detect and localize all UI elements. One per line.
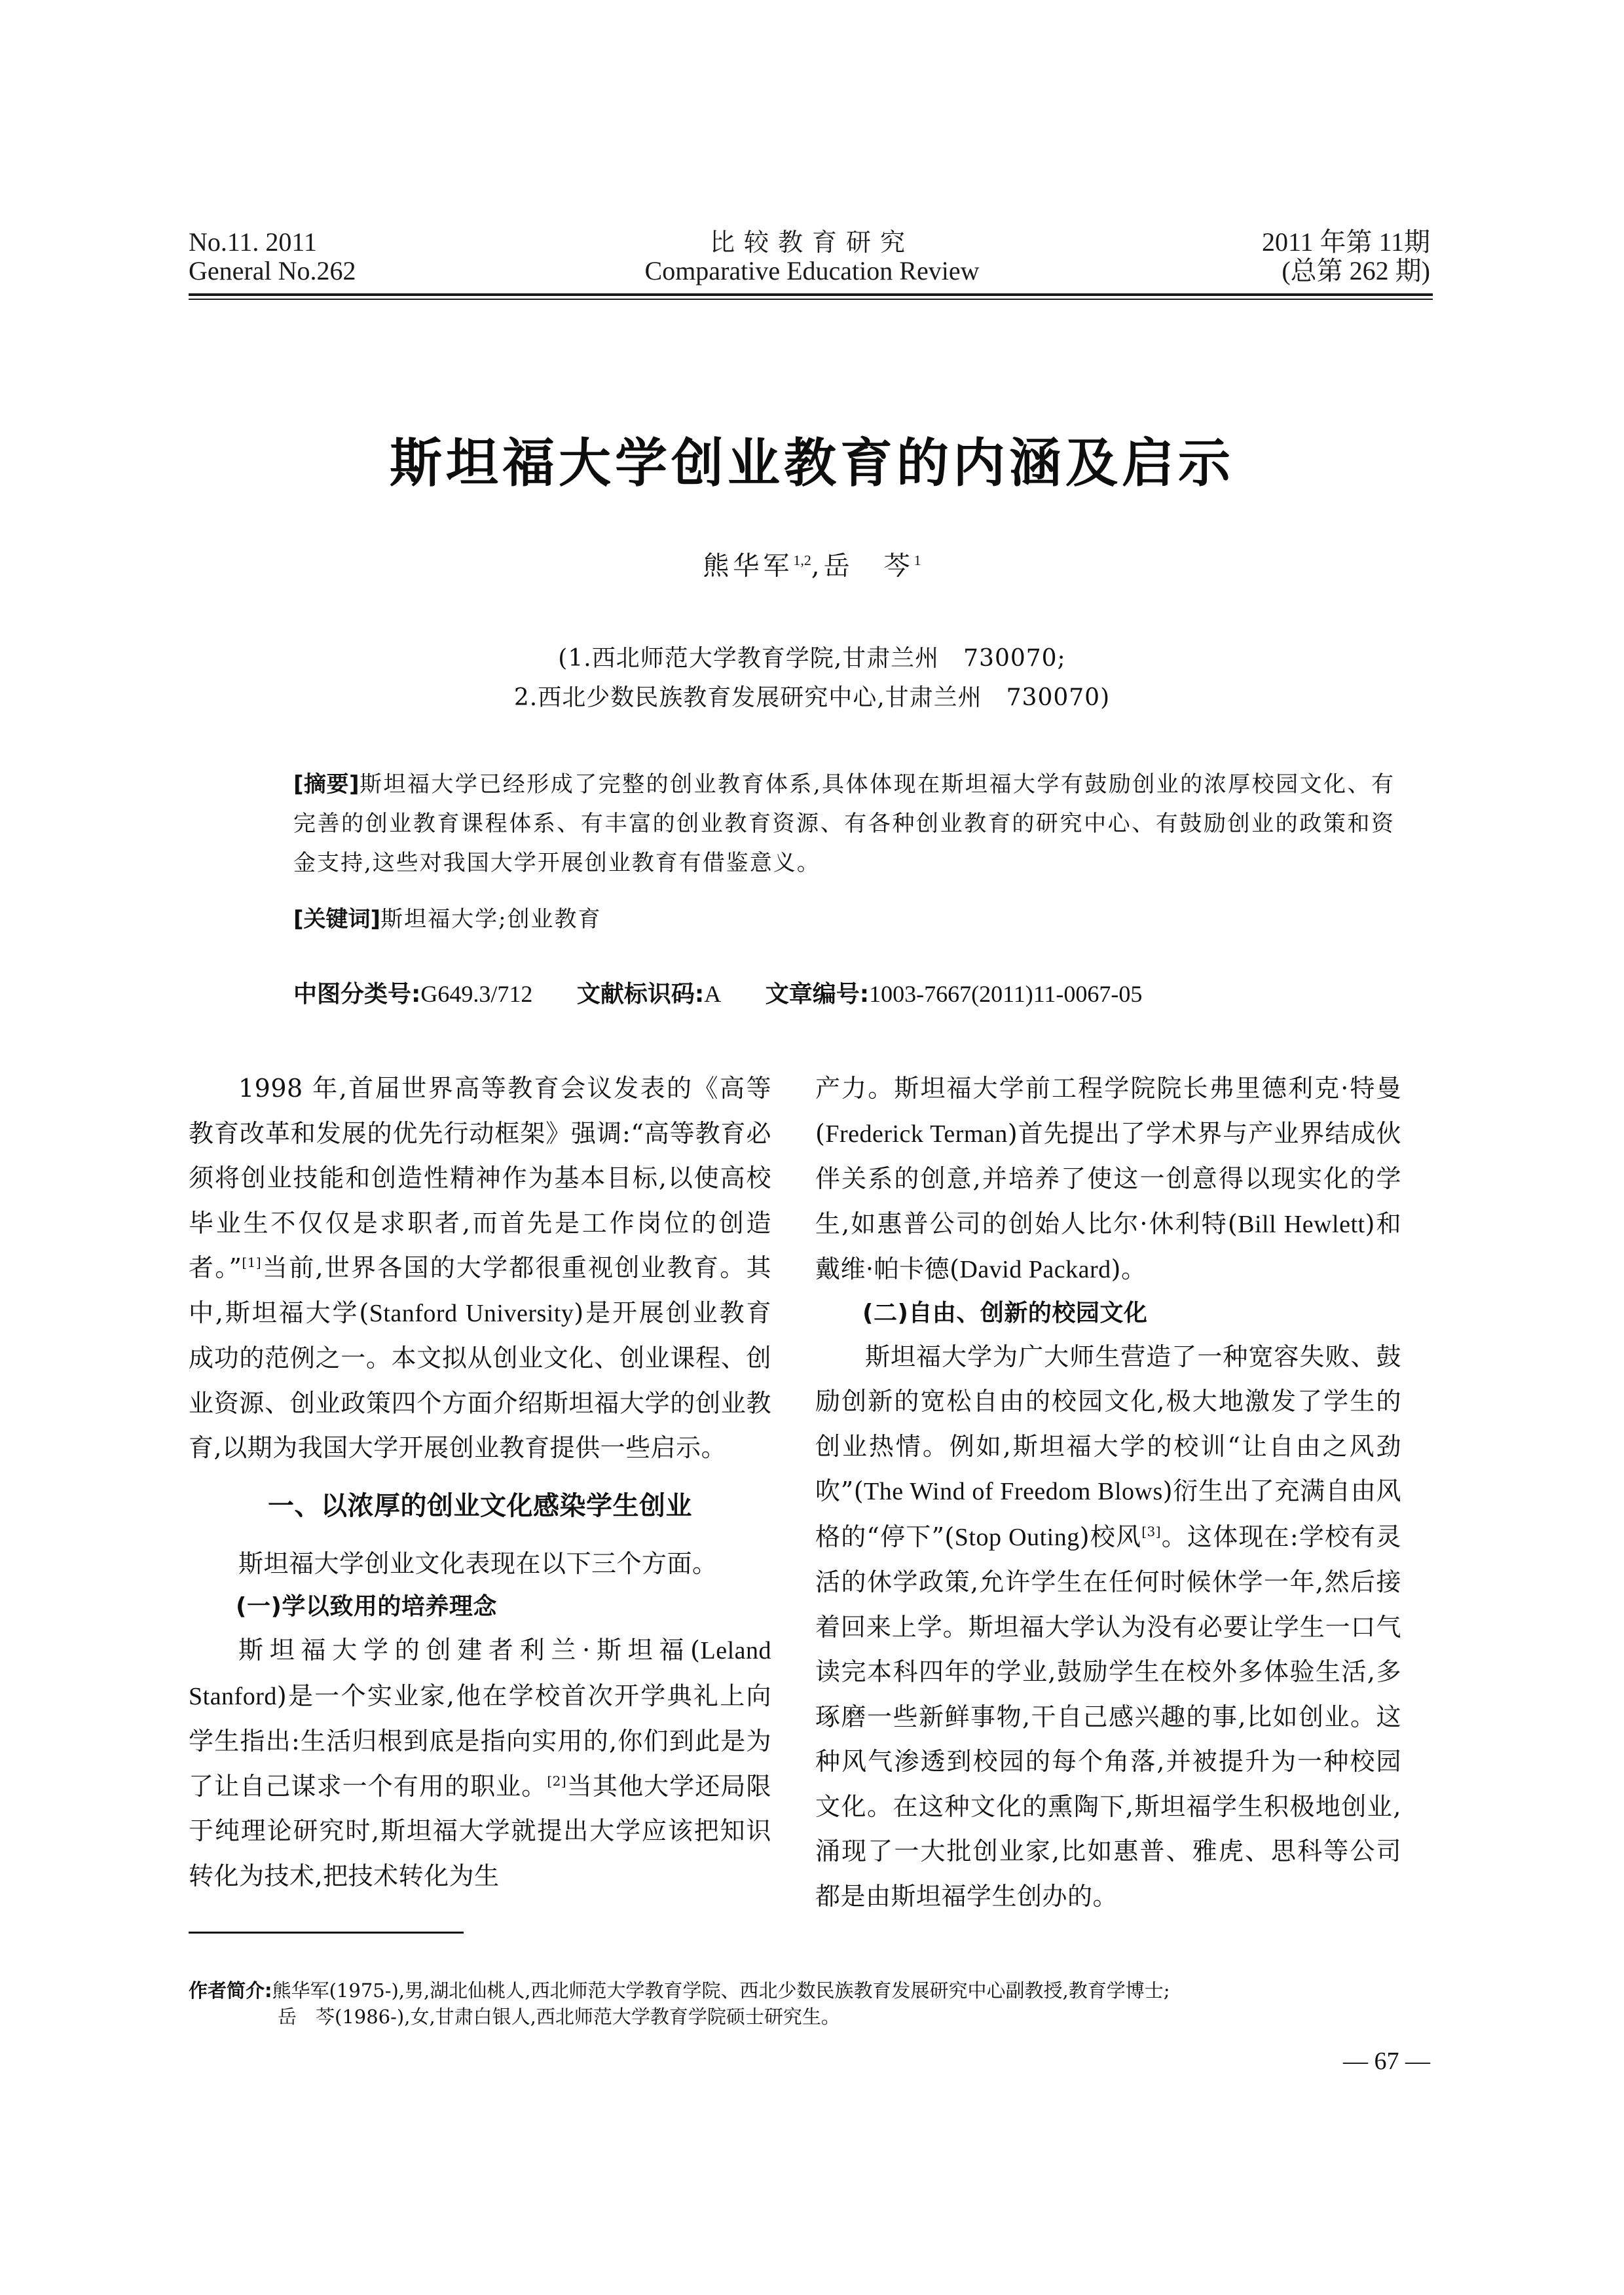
footnote-label: 作者简介:: [189, 1979, 272, 2002]
footnote-line: 岳 芩(1986-),女,甘肃白银人,西北师范大学教育学院硕士研究生。: [189, 2004, 1367, 2030]
author-separator: ,: [811, 551, 824, 581]
affiliation-line: 2.西北少数民族教育发展研究中心,甘肃兰州 730070): [0, 678, 1624, 718]
affiliation-mark: 1,2: [793, 552, 811, 568]
keywords: [关键词]斯坦福大学;创业教育: [293, 900, 1395, 939]
body-column-left: 1998 年,首届世界高等教育会议发表的《高等教育改革和发展的优先行动框架》强调…: [189, 1066, 771, 1898]
abstract: [摘要]斯坦福大学已经形成了完整的创业教育体系,具体体现在斯坦福大学有鼓励创业的…: [293, 765, 1395, 883]
header-rule-thick: [189, 293, 1433, 296]
document-code: 文献标识码:A: [577, 978, 721, 1010]
body-paragraph: 斯坦福大学为广大师生营造了一种宽容失败、鼓励创新的宽松自由的校园文化,极大地激发…: [815, 1334, 1401, 1919]
body-column-right: 产力。斯坦福大学前工程学院院长弗里德利克·特曼(Frederick Terman…: [815, 1066, 1401, 1919]
journal-name-cn: 比较教育研究: [576, 228, 1048, 257]
body-paragraph: 斯坦福大学的创建者利兰·斯坦福(Leland Stanford)是一个实业家,他…: [189, 1628, 771, 1898]
keywords-text: 斯坦福大学;创业教育: [380, 906, 601, 932]
footnote-line: 作者简介:熊华军(1975-),男,湖北仙桃人,西北师范大学教育学院、西北少数民…: [189, 1977, 1367, 2004]
subsection-heading: (一)学以致用的培养理念: [189, 1586, 771, 1628]
running-header-left: No.11. 2011 General No.262: [189, 228, 356, 285]
article-title: 斯坦福大学创业教育的内涵及启示: [0, 432, 1624, 495]
affiliation-mark: 1: [914, 552, 921, 568]
subsection-heading: (二)自由、创新的校园文化: [815, 1293, 1401, 1334]
intro-paragraph: 1998 年,首届世界高等教育会议发表的《高等教育改革和发展的优先行动框架》强调…: [189, 1066, 771, 1471]
affiliation-line: (1.西北师范大学教育学院,甘肃兰州 730070;: [0, 639, 1624, 678]
general-number: General No.262: [189, 257, 356, 285]
author-name: 熊华军: [703, 551, 793, 581]
section-intro-paragraph: 斯坦福大学创业文化表现在以下三个方面。: [189, 1541, 771, 1587]
page-number: — 67 —: [1343, 2047, 1430, 2076]
issue-year-cn: 2011 年第 11期: [1262, 228, 1430, 257]
author-name: 岳 芩: [824, 551, 914, 581]
abstract-text: 斯坦福大学已经形成了完整的创业教育体系,具体体现在斯坦福大学有鼓励创业的浓厚校园…: [293, 771, 1395, 876]
classification-line: 中图分类号:G649.3/712 文献标识码:A 文章编号:1003-7667(…: [293, 978, 1395, 1010]
running-header-journal: 比较教育研究 Comparative Education Review: [576, 228, 1048, 285]
running-header-right: 2011 年第 11期 (总第 262 期): [1262, 228, 1430, 285]
article-id: 文章编号:1003-7667(2011)11-0067-05: [766, 978, 1143, 1010]
citation-ref: [1]: [242, 1255, 261, 1270]
journal-name-en: Comparative Education Review: [576, 257, 1048, 285]
citation-ref: [2]: [547, 1773, 566, 1789]
body-paragraph-continued: 产力。斯坦福大学前工程学院院长弗里德利克·特曼(Frederick Terman…: [815, 1066, 1401, 1293]
keywords-label: [关键词]: [293, 906, 380, 932]
issue-total-cn: (总第 262 期): [1262, 257, 1430, 285]
author-bio-footnote: 作者简介:熊华军(1975-),男,湖北仙桃人,西北师范大学教育学院、西北少数民…: [189, 1977, 1367, 2030]
citation-ref: [3]: [1141, 1524, 1161, 1539]
footnote-rule: [189, 1932, 464, 1934]
abstract-label: [摘要]: [293, 771, 360, 798]
section-heading: 一、以浓厚的创业文化感染学生创业: [189, 1485, 771, 1527]
clc-number: 中图分类号:G649.3/712: [293, 978, 532, 1010]
affiliations: (1.西北师范大学教育学院,甘肃兰州 730070; 2.西北少数民族教育发展研…: [0, 639, 1624, 718]
issue-number: No.11. 2011: [189, 228, 356, 257]
header-rule-thin: [189, 299, 1433, 300]
author-line: 熊华军1,2,岳 芩1: [0, 545, 1624, 581]
